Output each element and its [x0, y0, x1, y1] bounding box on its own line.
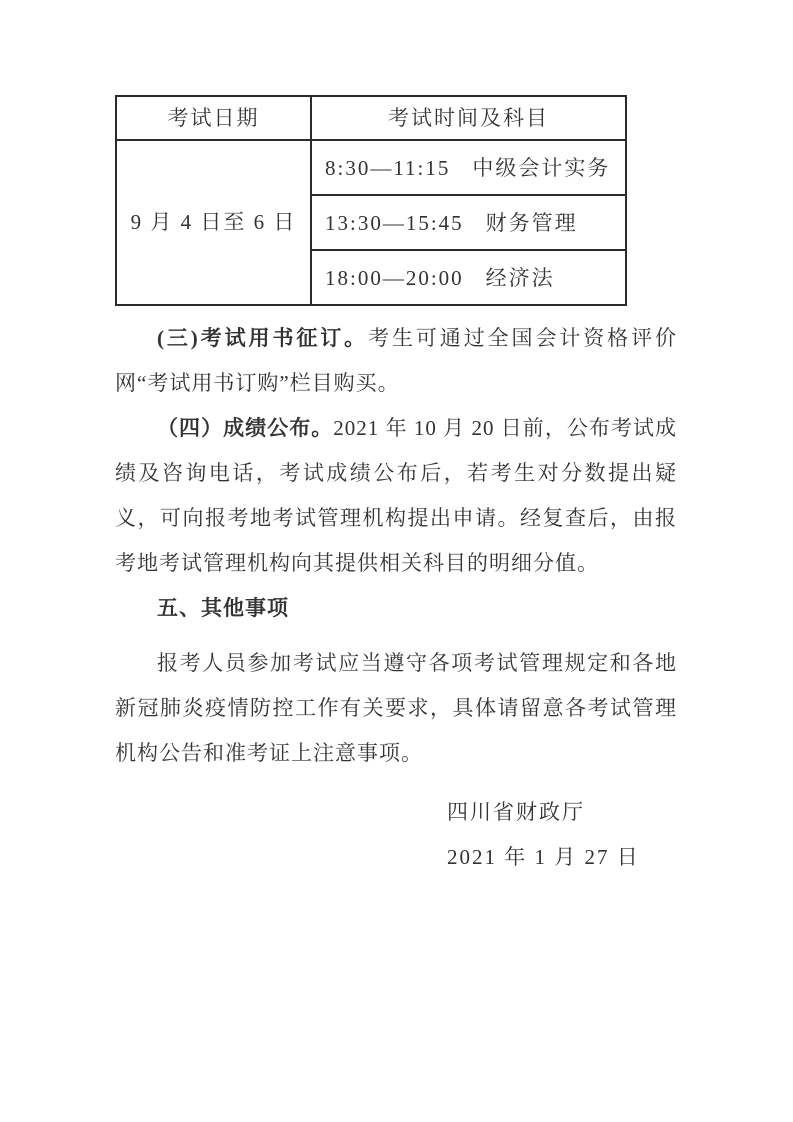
- session-subject: 经济法: [486, 266, 555, 290]
- table-header-exam-date: 考试日期: [116, 96, 311, 140]
- section-heading-other-matters: 五、其他事项: [115, 586, 677, 631]
- table-header-row: 考试日期 考试时间及科目: [116, 96, 626, 140]
- paragraph-book-ordering: (三)考试用书征订。考生可通过全国会计资格评价网“考试用书订购”栏目购买。: [115, 316, 677, 406]
- document-page: 考试日期 考试时间及科目 9 月 4 日至 6 日 8:30—11:15中级会计…: [0, 0, 793, 1122]
- session-cell-morning: 8:30—11:15中级会计实务: [311, 140, 626, 195]
- document-content: 考试日期 考试时间及科目 9 月 4 日至 6 日 8:30—11:15中级会计…: [115, 95, 677, 880]
- paragraph-lead-book-ordering: (三)考试用书征订。: [157, 326, 368, 350]
- paragraph-score-release: （四）成绩公布。2021 年 10 月 20 日前，公布考试成绩及咨询电话，考试…: [115, 406, 677, 586]
- table-header-time-subject: 考试时间及科目: [311, 96, 626, 140]
- exam-date-cell: 9 月 4 日至 6 日: [116, 140, 311, 305]
- paragraph-other-matters: 报考人员参加考试应当遵守各项考试管理规定和各地新冠肺炎疫情防控工作有关要求，具体…: [115, 641, 677, 776]
- session-time: 8:30—11:15: [325, 156, 450, 180]
- paragraph-text: 报考人员参加考试应当遵守各项考试管理规定和各地新冠肺炎疫情防控工作有关要求，具体…: [115, 651, 677, 765]
- signature-date: 2021 年 1 月 27 日: [447, 835, 677, 880]
- signature-org: 四川省财政厅: [447, 790, 677, 835]
- session-subject: 财务管理: [486, 211, 578, 235]
- table-row: 9 月 4 日至 6 日 8:30—11:15中级会计实务: [116, 140, 626, 195]
- session-cell-afternoon: 13:30—15:45财务管理: [311, 195, 626, 250]
- session-time: 18:00—20:00: [325, 266, 464, 290]
- paragraph-lead-score-release: （四）成绩公布。: [157, 416, 333, 440]
- session-time: 13:30—15:45: [325, 211, 464, 235]
- signature-block: 四川省财政厅 2021 年 1 月 27 日: [447, 790, 677, 880]
- exam-schedule-table: 考试日期 考试时间及科目 9 月 4 日至 6 日 8:30—11:15中级会计…: [115, 95, 627, 306]
- session-subject: 中级会计实务: [472, 156, 610, 180]
- session-cell-evening: 18:00—20:00经济法: [311, 250, 626, 305]
